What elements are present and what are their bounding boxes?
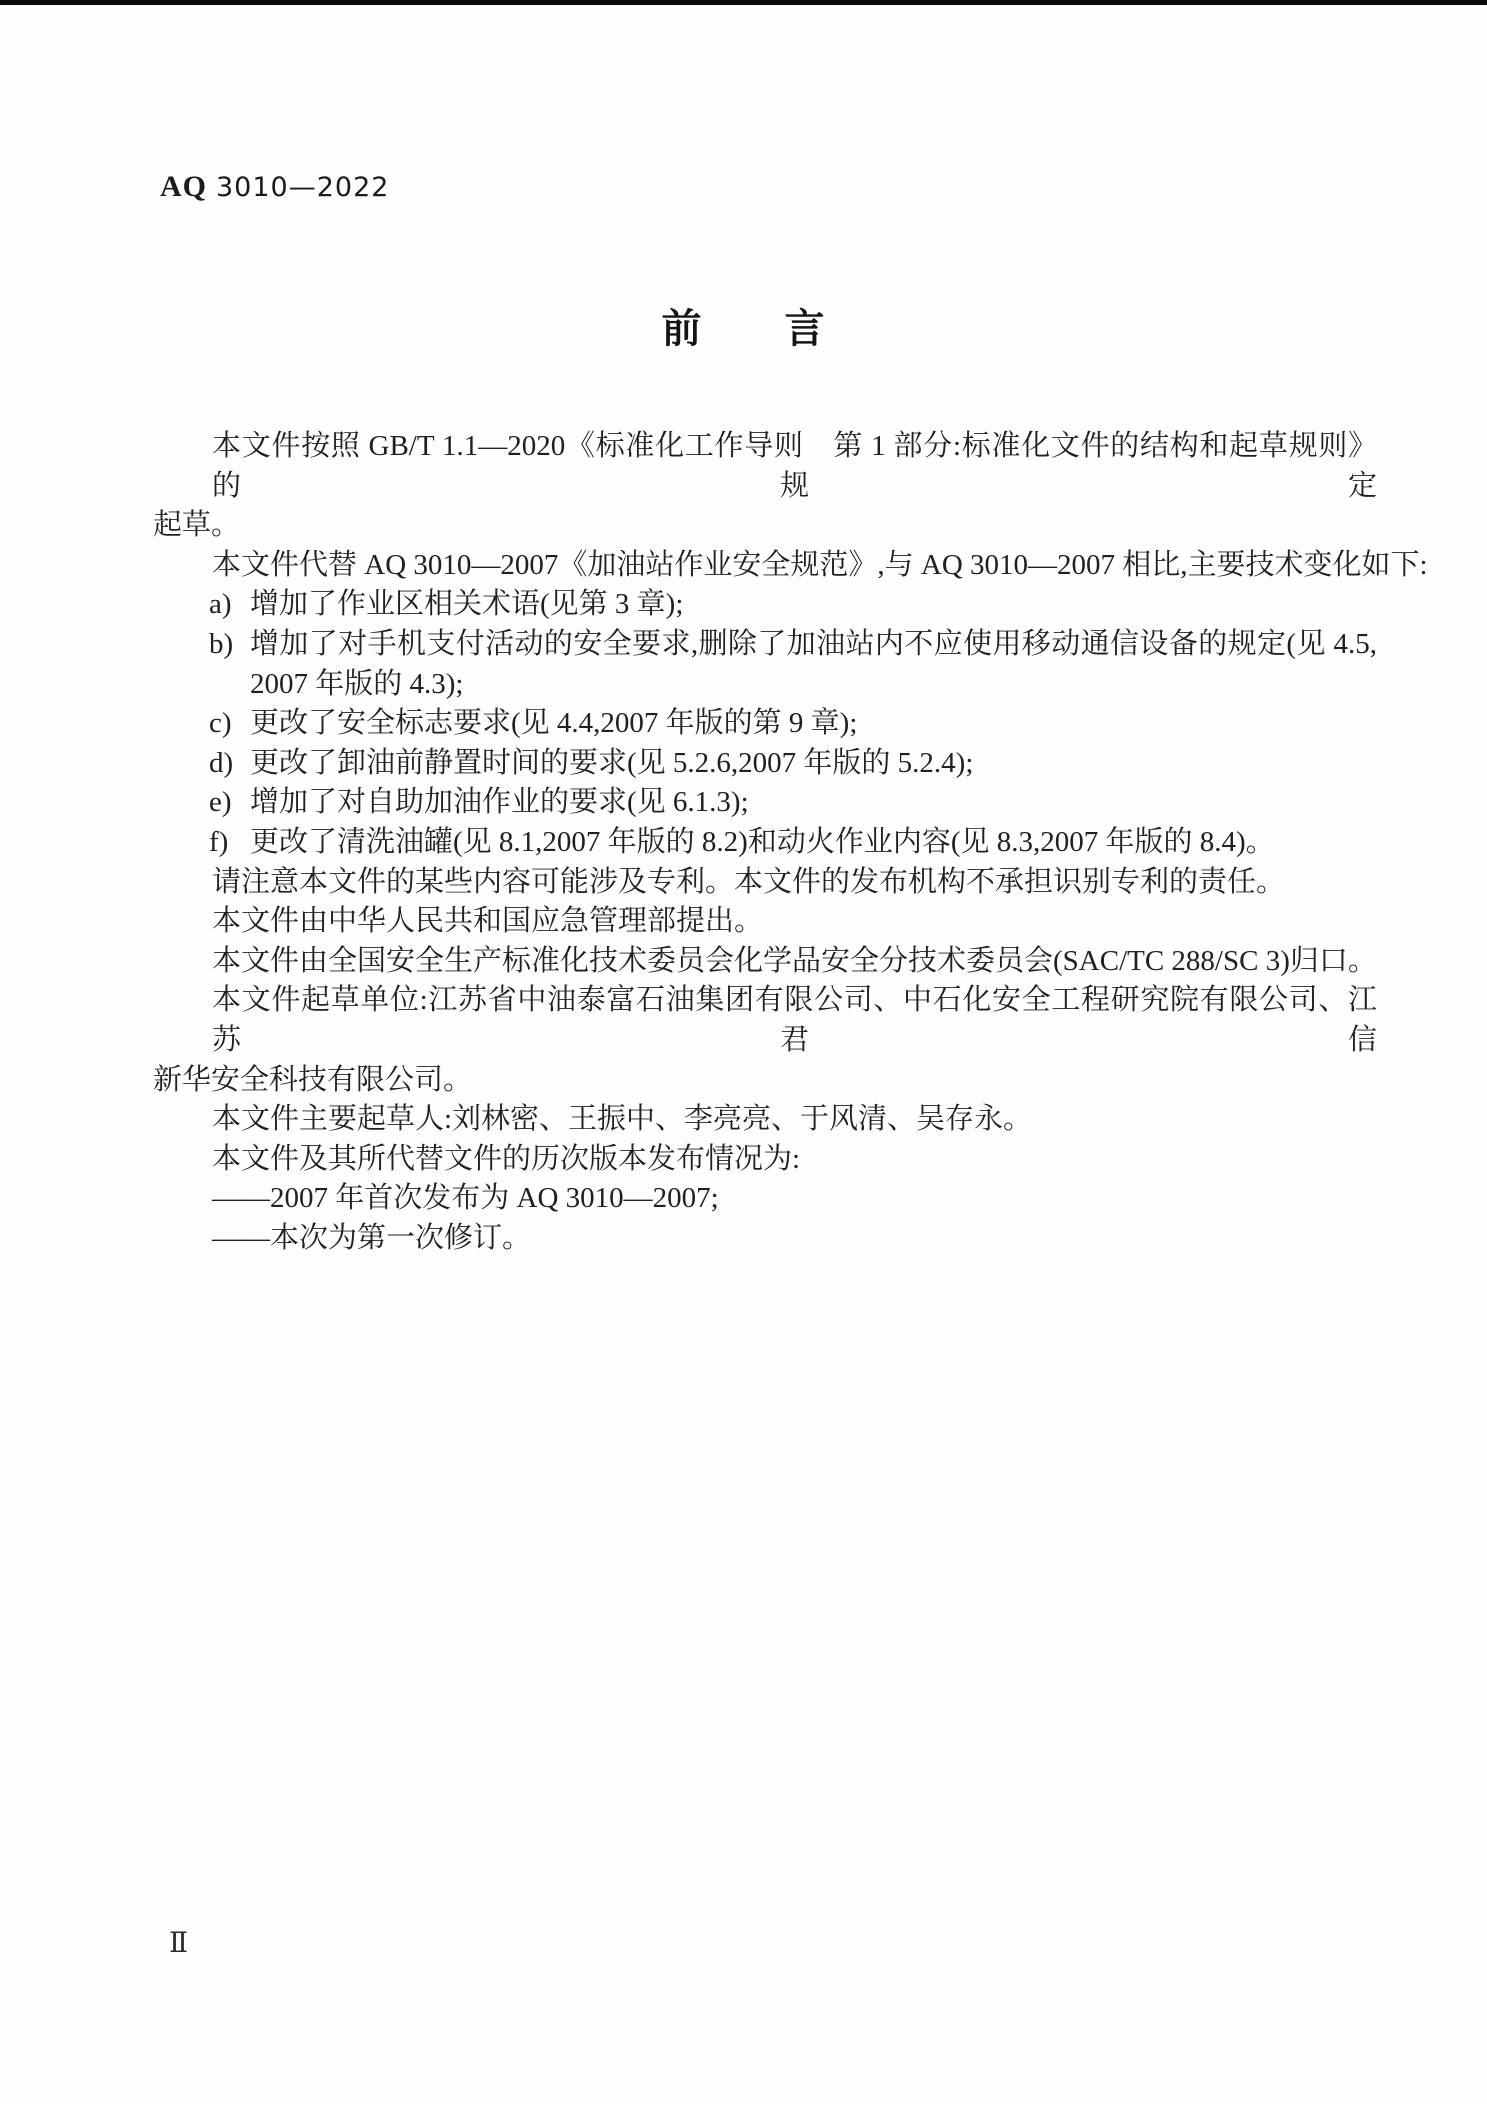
list-item: a)增加了作业区相关术语(见第 3 章); [153, 585, 1377, 625]
text-line: 本文件由全国安全生产标准化技术委员会化学品安全分技术委员会(SAC/TC 288… [153, 942, 1377, 982]
list-item: b)增加了对手机支付活动的安全要求,删除了加油站内不应使用移动通信设备的规定(见… [153, 625, 1377, 665]
text-line: ——2007 年首次发布为 AQ 3010—2007; [153, 1179, 1377, 1219]
list-item-label: f) [209, 823, 228, 863]
text-line: 起草。 [153, 506, 1377, 546]
text-content: 起草。 [153, 509, 240, 541]
text-content: 更改了清洗油罐(见 8.1,2007 年版的 8.2)和动火作业内容(见 8.3… [250, 826, 1275, 858]
text-line: 本文件主要起草人:刘林密、王振中、李亮亮、于风清、吴存永。 [153, 1100, 1377, 1140]
foreword-body: 本文件按照 GB/T 1.1—2020《标准化工作导则 第 1 部分:标准化文件… [153, 427, 1377, 1258]
text-line: 本文件及其所代替文件的历次版本发布情况为: [153, 1140, 1377, 1180]
list-item: d)更改了卸油前静置时间的要求(见 5.2.6,2007 年版的 5.2.4); [153, 744, 1377, 784]
text-line: 请注意本文件的某些内容可能涉及专利。本文件的发布机构不承担识别专利的责任。 [153, 863, 1377, 903]
text-line: 本文件由中华人民共和国应急管理部提出。 [153, 902, 1377, 942]
list-item-label: b) [209, 625, 233, 665]
standard-code-prefix: AQ [160, 170, 207, 203]
text-content: 请注意本文件的某些内容可能涉及专利。本文件的发布机构不承担识别专利的责任。 [212, 866, 1285, 898]
list-item: e)增加了对自助加油作业的要求(见 6.1.3); [153, 783, 1377, 823]
text-content: 本文件主要起草人:刘林密、王振中、李亮亮、于风清、吴存永。 [212, 1103, 1032, 1135]
text-content: ——2007 年首次发布为 AQ 3010—2007; [212, 1182, 719, 1214]
text-content: 本文件起草单位:江苏省中油泰富石油集团有限公司、中石化安全工程研究院有限公司、江… [212, 984, 1377, 1056]
text-content: 本文件按照 GB/T 1.1—2020《标准化工作导则 第 1 部分:标准化文件… [212, 430, 1377, 502]
text-line: 本文件按照 GB/T 1.1—2020《标准化工作导则 第 1 部分:标准化文件… [153, 427, 1377, 506]
text-content: 增加了作业区相关术语(见第 3 章); [250, 588, 683, 620]
scan-top-edge [0, 0, 1487, 5]
page-number: Ⅱ [169, 1926, 188, 1960]
text-line: ——本次为第一次修订。 [153, 1219, 1377, 1259]
text-content: 本文件由中华人民共和国应急管理部提出。 [212, 905, 763, 937]
list-item: c)更改了安全标志要求(见 4.4,2007 年版的第 9 章); [153, 704, 1377, 744]
list-item-label: e) [209, 783, 232, 823]
text-content: 2007 年版的 4.3); [250, 668, 463, 700]
text-content: 增加了对自助加油作业的要求(见 6.1.3); [250, 786, 749, 818]
list-item: f)更改了清洗油罐(见 8.1,2007 年版的 8.2)和动火作业内容(见 8… [153, 823, 1377, 863]
text-content: 更改了卸油前静置时间的要求(见 5.2.6,2007 年版的 5.2.4); [250, 747, 973, 779]
text-line: 2007 年版的 4.3); [153, 665, 1377, 705]
list-item-label: a) [209, 585, 232, 625]
text-line: 新华安全科技有限公司。 [153, 1061, 1377, 1101]
text-line: 本文件代替 AQ 3010—2007《加油站作业安全规范》,与 AQ 3010—… [153, 546, 1377, 586]
text-content: 本文件及其所代替文件的历次版本发布情况为: [212, 1143, 800, 1175]
text-content: 增加了对手机支付活动的安全要求,删除了加油站内不应使用移动通信设备的规定(见 4… [250, 628, 1377, 660]
text-content: ——本次为第一次修订。 [212, 1222, 531, 1254]
page-title: 前 言 [0, 297, 1487, 354]
standard-code: AQ3010—2022 [160, 170, 389, 204]
text-content: 新华安全科技有限公司。 [153, 1064, 472, 1096]
list-item-label: d) [209, 744, 233, 784]
text-line: 本文件起草单位:江苏省中油泰富石油集团有限公司、中石化安全工程研究院有限公司、江… [153, 981, 1377, 1060]
text-content: 更改了安全标志要求(见 4.4,2007 年版的第 9 章); [250, 707, 857, 739]
document-page: AQ3010—2022 前 言 本文件按照 GB/T 1.1—2020《标准化工… [0, 0, 1487, 2104]
text-content: 本文件代替 AQ 3010—2007《加油站作业安全规范》,与 AQ 3010—… [212, 549, 1428, 581]
standard-code-number: 3010—2022 [216, 172, 389, 203]
text-content: 本文件由全国安全生产标准化技术委员会化学品安全分技术委员会(SAC/TC 288… [212, 945, 1377, 977]
list-item-label: c) [209, 704, 232, 744]
